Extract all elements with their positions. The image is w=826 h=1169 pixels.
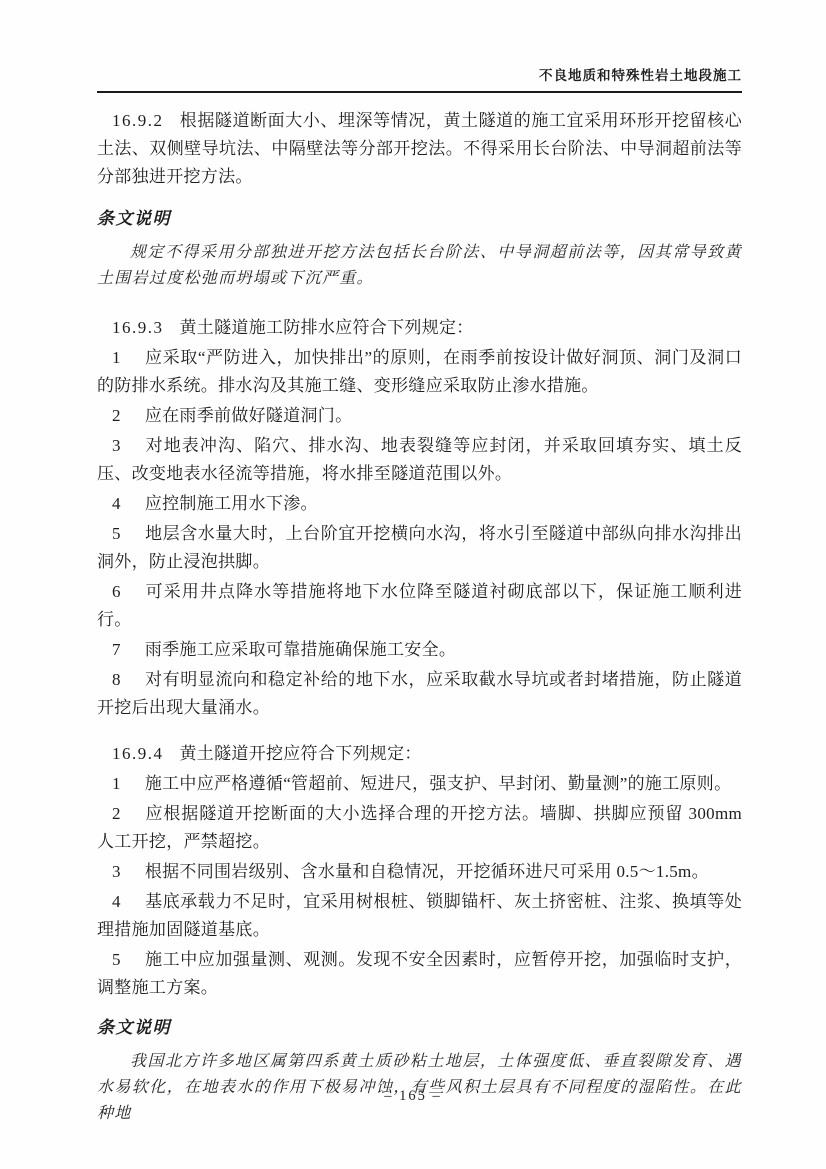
explanation-heading-2: 条文说明 <box>97 1014 742 1042</box>
item-text: 根据不同围岩级别、含水量和自稳情况，开挖循环进尺可采用 0.5～1.5m。 <box>145 862 709 881</box>
clause-16-9-3-item-8: 8对有明显流向和稳定补给的地下水，应采取截水导坑或者封堵措施，防止隧道开挖后出现… <box>97 666 742 722</box>
item-text: 对地表冲沟、陷穴、排水沟、地表裂缝等应封闭，并采取回填夯实、填土反压、改变地表水… <box>97 436 742 483</box>
running-header: 不良地质和特殊性岩土地段施工 <box>97 66 742 93</box>
item-number: 1 <box>112 348 121 367</box>
clause-16-9-4-item-4: 4基底承载力不足时，宜采用树根桩、锁脚锚杆、灰土挤密桩、注浆、换填等处理措施加固… <box>97 888 742 944</box>
item-text: 应采取“严防进入，加快排出”的原则，在雨季前按设计做好洞顶、洞门及洞口的防排水系… <box>97 348 742 395</box>
clause-16-9-4-heading: 16.9.4黄土隧道开挖应符合下列规定： <box>97 740 742 768</box>
item-number: 3 <box>112 862 121 881</box>
item-number: 7 <box>112 640 121 659</box>
clause-16-9-3-item-2: 2应在雨季前做好隧道洞门。 <box>97 402 742 430</box>
running-header-title: 不良地质和特殊性岩土地段施工 <box>539 68 742 83</box>
clause-text: 根据隧道断面大小、埋深等情况，黄土隧道的施工宜采用环形开挖留核心土法、双侧壁导坑… <box>97 111 742 186</box>
clause-number: 16.9.4 <box>112 744 164 763</box>
item-text: 应在雨季前做好隧道洞门。 <box>145 406 353 425</box>
item-text: 雨季施工应采取可靠措施确保施工安全。 <box>145 640 456 659</box>
item-number: 2 <box>112 406 121 425</box>
item-text: 基底承载力不足时，宜采用树根桩、锁脚锚杆、灰土挤密桩、注浆、换填等处理措施加固隧… <box>97 892 742 939</box>
item-number: 5 <box>112 950 121 969</box>
clause-16-9-3-heading: 16.9.3黄土隧道施工防排水应符合下列规定： <box>97 314 742 342</box>
clause-16-9-3-item-5: 5地层含水量大时，上台阶宜开挖横向水沟，将水引至隧道中部纵向排水沟排出洞外，防止… <box>97 520 742 576</box>
item-number: 4 <box>112 892 121 911</box>
document-page: 不良地质和特殊性岩土地段施工 16.9.2根据隧道断面大小、埋深等情况，黄土隧道… <box>0 0 826 1169</box>
item-number: 3 <box>112 436 121 455</box>
clause-16-9-2: 16.9.2根据隧道断面大小、埋深等情况，黄土隧道的施工宜采用环形开挖留核心土法… <box>97 107 742 191</box>
explanation-text-1: 规定不得采用分部独进开挖方法包括长台阶法、中导洞超前法等，因其常导致黄土围岩过度… <box>97 240 742 292</box>
item-text: 应控制施工用水下渗。 <box>145 494 318 513</box>
item-text: 可采用井点降水等措施将地下水位降至隧道衬砌底部以下，保证施工顺利进行。 <box>97 582 742 629</box>
item-text: 对有明显流向和稳定补给的地下水，应采取截水导坑或者封堵措施，防止隧道开挖后出现大… <box>97 670 742 717</box>
clause-16-9-4-item-2: 2应根据隧道开挖断面的大小选择合理的开挖方法。墙脚、拱脚应预留 300mm 人工… <box>97 800 742 856</box>
item-number: 5 <box>112 524 121 543</box>
clause-16-9-3-item-6: 6可采用井点降水等措施将地下水位降至隧道衬砌底部以下，保证施工顺利进行。 <box>97 578 742 634</box>
item-number: 1 <box>112 774 121 793</box>
clause-number: 16.9.2 <box>112 111 164 130</box>
item-text: 地层含水量大时，上台阶宜开挖横向水沟，将水引至隧道中部纵向排水沟排出洞外，防止浸… <box>97 524 742 571</box>
item-text: 施工中应严格遵循“管超前、短进尺，强支护、早封闭、勤量测”的施工原则。 <box>145 774 732 793</box>
clause-16-9-3-item-3: 3对地表冲沟、陷穴、排水沟、地表裂缝等应封闭，并采取回填夯实、填土反压、改变地表… <box>97 432 742 488</box>
page-number: – 165 – <box>0 1088 826 1105</box>
item-number: 6 <box>112 582 121 601</box>
clause-16-9-3-item-1: 1应采取“严防进入，加快排出”的原则，在雨季前按设计做好洞顶、洞门及洞口的防排水… <box>97 344 742 400</box>
item-number: 4 <box>112 494 121 513</box>
clause-title: 黄土隧道开挖应符合下列规定： <box>180 744 422 763</box>
item-text: 施工中应加强量测、观测。发现不安全因素时，应暂停开挖，加强临时支护，调整施工方案… <box>97 950 742 997</box>
clause-16-9-4-item-5: 5施工中应加强量测、观测。发现不安全因素时，应暂停开挖，加强临时支护，调整施工方… <box>97 946 742 1002</box>
clause-16-9-3-item-4: 4应控制施工用水下渗。 <box>97 490 742 518</box>
clause-title: 黄土隧道施工防排水应符合下列规定： <box>180 318 474 337</box>
item-number: 2 <box>112 804 121 823</box>
clause-number: 16.9.3 <box>112 318 164 337</box>
clause-16-9-3-item-7: 7雨季施工应采取可靠措施确保施工安全。 <box>97 636 742 664</box>
clause-16-9-4-item-3: 3根据不同围岩级别、含水量和自稳情况，开挖循环进尺可采用 0.5～1.5m。 <box>97 858 742 886</box>
explanation-heading-1: 条文说明 <box>97 205 742 233</box>
clause-16-9-4-item-1: 1施工中应严格遵循“管超前、短进尺，强支护、早封闭、勤量测”的施工原则。 <box>97 770 742 798</box>
item-text: 应根据隧道开挖断面的大小选择合理的开挖方法。墙脚、拱脚应预留 300mm 人工开… <box>97 804 742 851</box>
item-number: 8 <box>112 670 121 689</box>
